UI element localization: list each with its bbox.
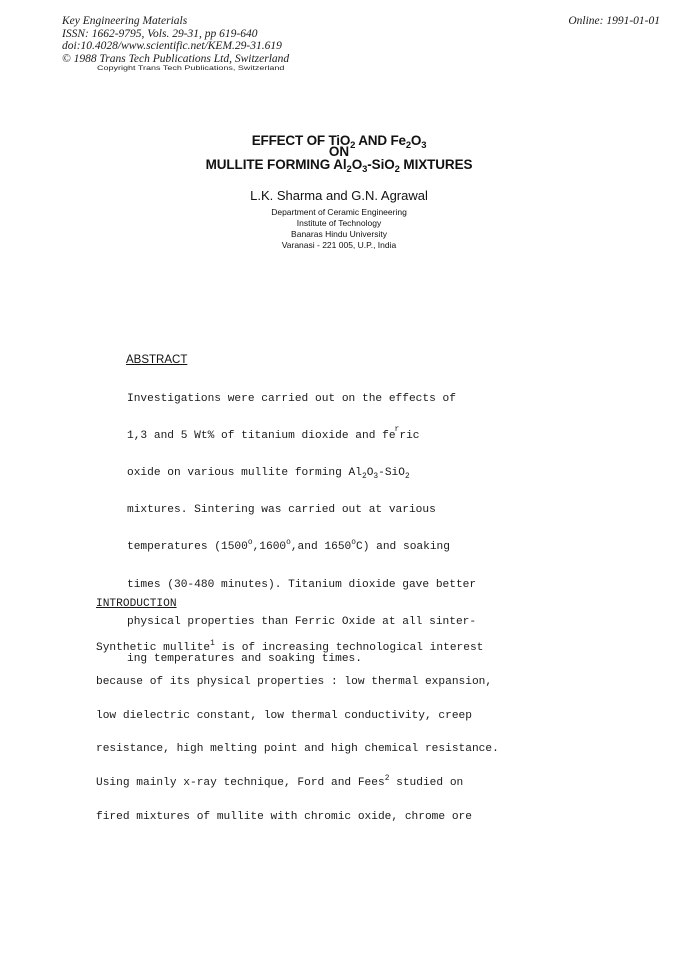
abstract-line: mixtures. Sintering was carried out at v… [127,501,476,520]
abstract-line: Investigations were carried out on the e… [127,390,476,409]
affiliation-university: Banaras Hindu University [0,229,678,240]
intro-line: resistance, high melting point and high … [96,741,499,758]
abstract-line: times (30-480 minutes). Titanium dioxide… [127,576,476,595]
title-text: MIXTURES [400,157,473,172]
affiliation-institute: Institute of Technology [0,218,678,229]
journal-metadata: Key Engineering Materials ISSN: 1662-979… [62,15,289,65]
affiliation-department: Department of Ceramic Engineering [0,207,678,218]
intro-line: because of its physical properties : low… [96,674,499,691]
affiliation-address: Varanasi - 221 005, U.P., India [0,240,678,251]
intro-line: low dielectric constant, low thermal con… [96,708,499,725]
intro-line: fired mixtures of mullite with chromic o… [96,809,499,826]
journal-name: Key Engineering Materials [62,15,289,28]
affiliation: Department of Ceramic Engineering Instit… [0,207,678,251]
abstract-line: 1,3 and 5 Wt% of titanium dioxide and fe… [127,427,476,446]
title-text: MULLITE FORMING Al [206,157,347,172]
intro-line: Synthetic mullite1 is of increasing tech… [96,640,499,657]
abstract-heading: ABSTRACT [126,354,187,366]
abstract-line: temperatures (1500o,1600o,and 1650oC) an… [127,538,476,557]
title-text: -SiO [367,157,394,172]
introduction-heading: INTRODUCTION [96,598,177,610]
title-text: O [352,157,362,172]
issn-line: ISSN: 1662-9795, Vols. 29-31, pp 619-640 [62,28,289,41]
intro-line: Using mainly x-ray technique, Ford and F… [96,775,499,792]
online-date: Online: 1991-01-01 [568,15,660,28]
authors: L.K. Sharma and G.N. Agrawal [0,188,678,203]
introduction-body: Synthetic mullite1 is of increasing tech… [96,623,499,843]
abstract-line: oxide on various mullite forming Al2O3-S… [127,464,476,483]
copyright-stamp: Copyright Trans Tech Publications, Switz… [97,64,284,72]
doi-line[interactable]: doi:10.4028/www.scientific.net/KEM.29-31… [62,40,289,53]
paper-title-line-3: MULLITE FORMING Al2O3-SiO2 MIXTURES [0,157,678,172]
